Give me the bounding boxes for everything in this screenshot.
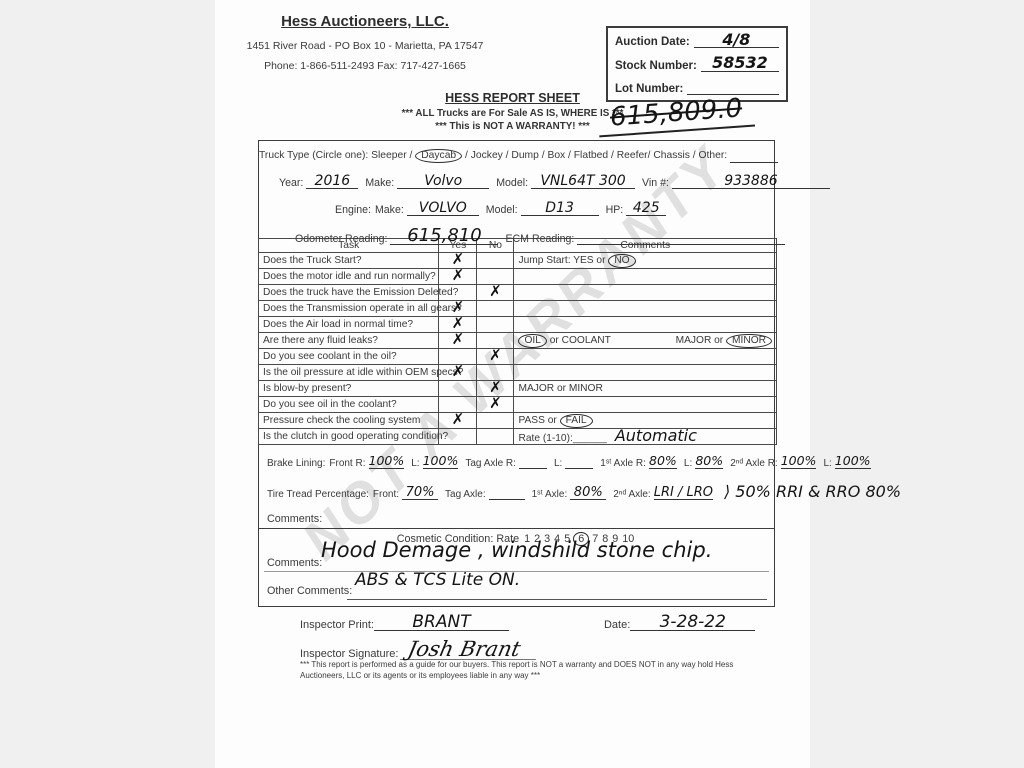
task-checklist-table: Task Yes No Comments Does the Truck Star… (258, 238, 777, 445)
field-label: Make: (365, 177, 394, 189)
comment-left: PASS or FAIL (518, 414, 592, 428)
check-mark: ✗ (452, 334, 465, 345)
company-address: 1451 River Road - PO Box 10 - Marietta, … (215, 40, 515, 52)
no-cell: ✗ (477, 285, 514, 301)
task-row: Is blow-by present?✗MAJOR or MINOR (259, 381, 777, 397)
field-label: 2ⁿᵈ Axle R: (730, 458, 777, 469)
circled-option: OIL (518, 334, 546, 348)
comment-cell: MAJOR or MINOR (514, 381, 777, 397)
no-cell: ✗ (477, 397, 514, 413)
other-comments-label: Other Comments: (267, 585, 352, 597)
field-underline: 100% (369, 455, 405, 469)
task-row: Do you see oil in the coolant?✗ (259, 397, 777, 413)
field-underline: LRI / LRO (654, 487, 713, 500)
task-cell: Is the clutch in good operating conditio… (259, 429, 439, 445)
odometer-ecm-line: Odometer Reading:615,810ECM Reading: (295, 228, 792, 245)
field-underline: 100% (423, 455, 459, 469)
form-field: Tag Axle R: (465, 455, 547, 469)
auction-date-label: Auction Date: (615, 36, 690, 48)
check-mark: ✗ (489, 286, 502, 297)
check-mark: ✗ (452, 318, 465, 329)
truck-type-suffix: / Jockey / Dump / Box / Flatbed / Reefer… (465, 150, 727, 161)
field-underline: 615,810 (390, 228, 498, 245)
field-underline: 100% (781, 455, 817, 469)
comment-text: or COOLANT (547, 335, 611, 346)
form-field: 1ˢᵗ Axle:80% (532, 487, 607, 500)
stock-number-row: Stock Number: 58532 (615, 56, 779, 71)
handwritten-value: 100% (423, 455, 459, 466)
field-label: 2ⁿᵈ Axle: (613, 489, 650, 500)
field-label: 1ˢᵗ Axle: (532, 489, 568, 500)
cosmetic-comments-label: Comments: (267, 557, 322, 569)
form-field: ECM Reading: (505, 231, 785, 245)
comment-cell: Rate (1-10):______Automatic (514, 429, 777, 445)
comment-cell (514, 349, 777, 365)
auction-date-underline: 4/8 (694, 33, 779, 48)
form-field: L:100% (411, 455, 458, 469)
company-name: Hess Auctioneers, LLC. (215, 13, 515, 30)
task-row: Do you see coolant in the oil?✗ (259, 349, 777, 365)
field-underline (519, 455, 547, 469)
form-field: Vin #:933886 (642, 175, 830, 189)
field-underline: VNL64T 300 (531, 175, 635, 189)
comment-cell: Jump Start: YES or NO (514, 253, 777, 269)
comment-right: MAJOR or MINOR (676, 334, 772, 348)
other-comments-handwritten: ABS & TCS Lite ON. (355, 573, 520, 588)
field-underline: Volvo (397, 175, 489, 189)
auction-date-row: Auction Date: 4/8 (615, 33, 779, 48)
section-divider-line (259, 528, 774, 529)
comment-cell (514, 397, 777, 413)
year-make-model-vin-line: Year:2016Make:VolvoModel:VNL64T 300Vin #… (279, 175, 837, 189)
check-mark: ✗ (452, 270, 465, 281)
task-cell: Do you see oil in the coolant? (259, 397, 439, 413)
inspection-form-box: Truck Type (Circle one): Sleeper / Dayca… (258, 140, 775, 607)
line-label: Tire Tread Percentage: (267, 489, 369, 500)
form-field: Model:VNL64T 300 (496, 175, 635, 189)
check-mark: ✗ (452, 254, 465, 265)
form-field: L:100% (823, 455, 870, 469)
comment-left: OIL or COOLANT (518, 334, 610, 348)
date-underline: 3-28-22 (630, 615, 755, 631)
line-label: Brake Lining: (267, 458, 325, 469)
handwritten-value: D13 (545, 202, 574, 215)
form-field: L: (554, 455, 593, 469)
form-field: L:80% (684, 455, 723, 469)
field-label: Front: (373, 489, 399, 500)
field-underline (577, 231, 785, 245)
task-cell: Pressure check the cooling system (259, 413, 439, 429)
field-underline: 80% (695, 455, 723, 469)
cosmetic-comments-handwritten: Hood Demage , windshild stone chip. (321, 541, 766, 560)
comment-wrap: OIL or COOLANTMAJOR or MINOR (518, 334, 772, 348)
check-mark: ✗ (452, 414, 465, 425)
handwritten-note: Automatic (615, 426, 697, 445)
stock-number-value: 58532 (712, 53, 768, 72)
comment-left: Jump Start: YES or NO (518, 254, 635, 268)
field-label: Vin #: (642, 177, 669, 189)
field-underline: 425 (626, 202, 666, 216)
handwritten-value: 2016 (315, 175, 351, 188)
comment-left: Rate (1-10):______Automatic (518, 429, 696, 444)
field-underline (489, 487, 525, 500)
handwritten-value: 80% (695, 455, 723, 466)
no-cell (477, 301, 514, 317)
field-label: L: (411, 458, 419, 469)
comment-text: Rate (1-10):______ (518, 433, 606, 444)
comment-cell (514, 365, 777, 381)
handwritten-value: 100% (835, 455, 871, 466)
truck-type-circled-daycab: Daycab (415, 149, 462, 163)
inspector-print-line: Inspector Print: BRANT Date: 3-28-22 (300, 615, 755, 631)
truck-type-line: Truck Type (Circle one): Sleeper / Dayca… (259, 149, 774, 163)
field-label: L: (684, 458, 692, 469)
date-value: 3-28-22 (660, 612, 726, 632)
truck-type-other-underline (730, 162, 778, 163)
field-underline: 80% (570, 487, 606, 500)
field-label: L: (823, 458, 831, 469)
task-cell: Does the truck have the Emission Deleted… (259, 285, 439, 301)
task-row: Does the motor idle and run normally?✗ (259, 269, 777, 285)
handwritten-value (577, 455, 581, 466)
field-label: Model: (496, 177, 528, 189)
task-row: Does the Truck Start?✗Jump Start: YES or… (259, 253, 777, 269)
auction-date-value: 4/8 (722, 30, 750, 49)
field-label: Tag Axle R: (465, 458, 516, 469)
field-underline: D13 (521, 202, 599, 216)
task-row: Is the oil pressure at idle within OEM s… (259, 365, 777, 381)
field-underline: 2016 (306, 175, 358, 189)
inspector-print-value: BRANT (412, 612, 470, 632)
task-cell: Does the Air load in normal time? (259, 317, 439, 333)
task-table-body: Does the Truck Start?✗Jump Start: YES or… (259, 253, 777, 445)
field-label: Year: (279, 177, 303, 189)
check-mark: ✗ (489, 398, 502, 409)
handwritten-value: 70% (406, 487, 435, 499)
yes-cell: ✗ (439, 333, 477, 349)
field-label: ECM Reading: (505, 233, 574, 245)
form-field: Front R:100% (329, 455, 404, 469)
inspector-print-label: Inspector Print: (300, 619, 374, 631)
task-row: Does the Transmission operate in all gea… (259, 301, 777, 317)
no-cell: ✗ (477, 349, 514, 365)
field-label: Make: (375, 204, 404, 216)
engine-line: Engine:Make:VOLVOModel:D13HP:425 (335, 202, 673, 216)
report-sheet-page: NOT A WARRANTY Hess Auctioneers, LLC. 14… (215, 0, 810, 768)
form-field: 1ˢᵗ Axle R:80% (600, 455, 677, 469)
task-cell: Are there any fluid leaks? (259, 333, 439, 349)
field-label: 1ˢᵗ Axle R: (600, 458, 646, 469)
comment-left: MAJOR or MINOR (518, 383, 602, 394)
no-cell (477, 413, 514, 429)
comment-text: MAJOR or MINOR (518, 383, 602, 394)
field-label: Front R: (329, 458, 365, 469)
other-comments-underline (347, 599, 767, 600)
form-field: Year:2016 (279, 175, 358, 189)
handwritten-value (679, 231, 683, 244)
comments-label: Comments: (267, 513, 322, 525)
handwritten-value: 100% (369, 455, 405, 466)
form-field: 2ⁿᵈ Axle:LRI / LRO (613, 487, 713, 500)
comment-cell: OIL or COOLANTMAJOR or MINOR (514, 333, 777, 349)
form-field: HP:425 (606, 202, 667, 216)
field-label: Tag Axle: (445, 489, 486, 500)
comment-text: Jump Start: YES or (518, 255, 608, 266)
check-mark: ✗ (489, 382, 502, 393)
handwritten-value: VOLVO (419, 202, 467, 215)
task-row: Pressure check the cooling system✗PASS o… (259, 413, 777, 429)
task-cell: Does the motor idle and run normally? (259, 269, 439, 285)
stock-number-label: Stock Number: (615, 60, 697, 72)
task-cell: Do you see coolant in the oil? (259, 349, 439, 365)
comment-cell (514, 285, 777, 301)
date-label: Date: (604, 619, 630, 631)
handwritten-value: 425 (633, 202, 660, 215)
handwritten-value: 615,810 (407, 228, 481, 244)
inspector-signature-handwritten: Josh Brant (400, 640, 540, 660)
field-underline: 70% (402, 487, 438, 500)
check-mark: ✗ (452, 366, 465, 377)
field-label: L: (554, 458, 562, 469)
yes-cell (439, 381, 477, 397)
form-field: 2ⁿᵈ Axle R:100% (730, 455, 816, 469)
task-cell: Is blow-by present? (259, 381, 439, 397)
comment-cell (514, 317, 777, 333)
task-cell: Does the Truck Start? (259, 253, 439, 269)
handwritten-value: 80% (574, 487, 603, 499)
disclaimer-text: *** This report is performed as a guide … (300, 659, 778, 681)
field-label: HP: (606, 204, 624, 216)
field-underline: VOLVO (407, 202, 479, 216)
field-label: Model: (486, 204, 518, 216)
handwritten-value: VNL64T 300 (540, 175, 625, 188)
comment-wrap: Jump Start: YES or NO (518, 254, 772, 268)
scanned-report-viewer: { "colors": { "background": "#f0f0f0", "… (0, 0, 1024, 768)
tire-tread-line: Tire Tread Percentage:Front:70%Tag Axle:… (267, 485, 901, 500)
stock-number-underline: 58532 (701, 56, 779, 71)
circled-option: FAIL (560, 414, 593, 428)
no-cell (477, 253, 514, 269)
comment-text: MAJOR or (676, 335, 726, 346)
handwritten-value: 80% (649, 455, 677, 466)
task-cell: Is the oil pressure at idle within OEM s… (259, 365, 439, 381)
no-cell (477, 317, 514, 333)
form-field: Front:70% (373, 487, 438, 500)
form-field: Make:VOLVO (375, 202, 479, 216)
truck-type-prefix: Truck Type (Circle one): Sleeper / (259, 150, 412, 161)
inspector-print-underline: BRANT (374, 615, 509, 631)
form-field: Odometer Reading:615,810 (295, 228, 498, 245)
field-label: Odometer Reading: (295, 233, 387, 245)
handwritten-value: 100% (781, 455, 817, 466)
comment-cell (514, 269, 777, 285)
task-row: Does the Air load in normal time?✗ (259, 317, 777, 333)
check-mark: ✗ (452, 302, 465, 313)
line-label: Engine: (335, 204, 371, 216)
comment-wrap: MAJOR or MINOR (518, 383, 772, 394)
handwritten-value (505, 487, 509, 499)
task-cell: Does the Transmission operate in all gea… (259, 301, 439, 317)
no-cell (477, 429, 514, 445)
handwritten-value: Volvo (424, 175, 462, 188)
brake-lining-line: Brake Lining:Front R:100%L:100%Tag Axle … (267, 455, 878, 469)
circled-option: MINOR (726, 334, 772, 348)
handwritten-value: LRI / LRO (654, 487, 713, 499)
form-field: Model:D13 (486, 202, 599, 216)
task-row: Is the clutch in good operating conditio… (259, 429, 777, 445)
form-field: Tag Axle: (445, 487, 525, 500)
form-field: Make:Volvo (365, 175, 489, 189)
field-underline: 933886 (672, 175, 830, 189)
comment-cell (514, 301, 777, 317)
yes-cell: ✗ (439, 269, 477, 285)
task-row: Are there any fluid leaks?✗OIL or COOLAN… (259, 333, 777, 349)
circled-option: NO (608, 254, 635, 268)
field-underline: 100% (835, 455, 871, 469)
field-underline (565, 455, 593, 469)
comment-text: PASS or (518, 415, 559, 426)
comment-wrap: Rate (1-10):______Automatic (518, 429, 772, 444)
handwritten-value (531, 455, 535, 466)
task-row: Does the truck have the Emission Deleted… (259, 285, 777, 301)
check-mark: ✗ (489, 350, 502, 361)
handwritten-annotation: ⟩ 50% RRI & RRO 80% (724, 482, 901, 501)
yes-cell: ✗ (439, 413, 477, 429)
inspector-signature-line: Inspector Signature: Josh Brant (300, 640, 538, 660)
field-underline: 80% (649, 455, 677, 469)
company-phone-fax: Phone: 1-866-511-2493 Fax: 717-427-1665 (215, 60, 515, 72)
handwritten-value: 933886 (724, 175, 777, 188)
